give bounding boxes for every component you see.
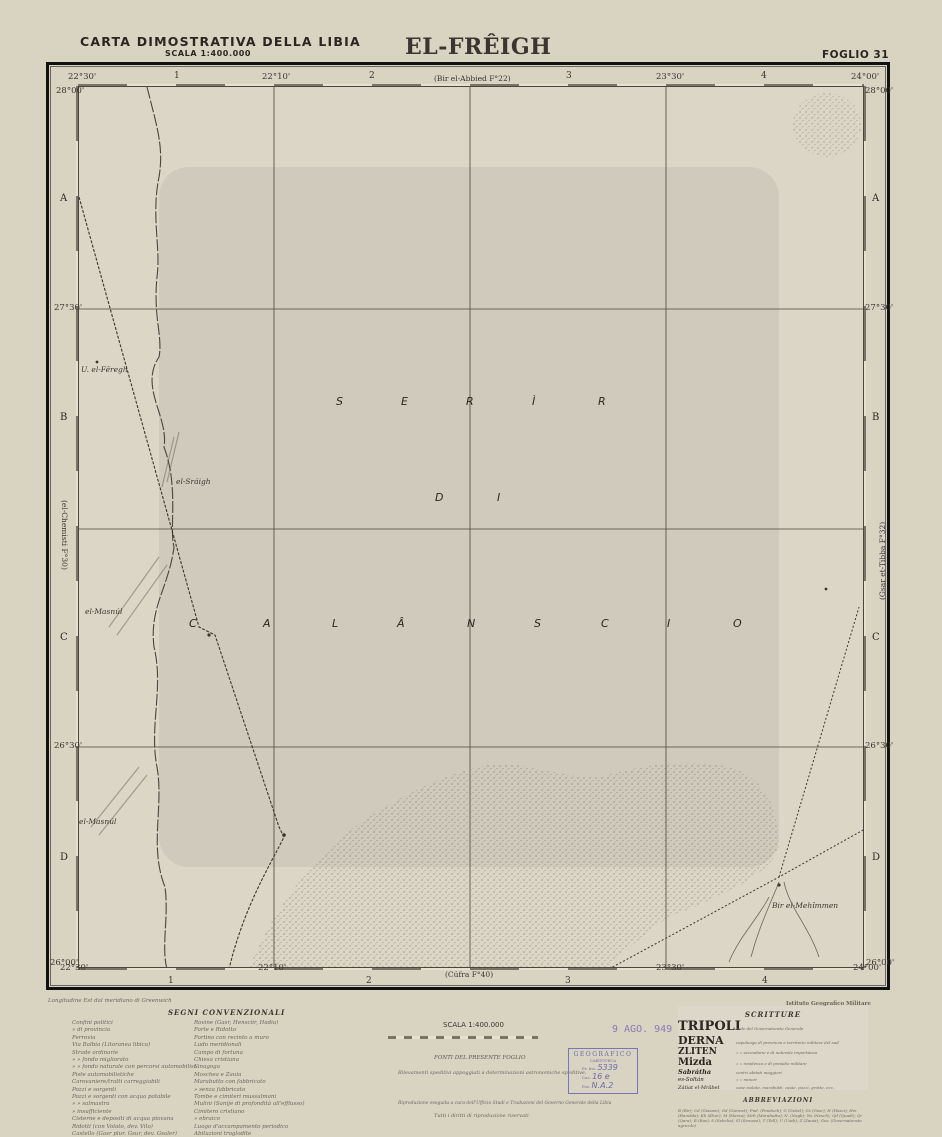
legend-item: Ludo meridionali bbox=[194, 1042, 354, 1049]
longitude-label: 23°30' bbox=[656, 963, 684, 973]
scritture-sample: es-Soltán bbox=[678, 1077, 736, 1083]
stamp-row: Cas. 16 e bbox=[569, 1072, 637, 1081]
legend-left-column: Confini politici » di provincia Ferrovia… bbox=[72, 1020, 202, 1137]
legend-item: Piste automobilistiche bbox=[72, 1072, 202, 1079]
grid-row-label: C bbox=[872, 632, 880, 643]
region-letter: D bbox=[435, 491, 443, 504]
scritture-row: es-Soltán» » minori bbox=[678, 1076, 868, 1083]
legend-item: Pozzi e sorgenti con acqua potabile bbox=[72, 1094, 202, 1101]
longitude-label: 23°30' bbox=[656, 72, 684, 82]
scritture-row: TRIPOLIsede del Governatorato Generale bbox=[678, 1019, 868, 1034]
legend-item: Fortino con recinto a muro bbox=[194, 1035, 354, 1042]
latitude-label: 28°00' bbox=[865, 86, 893, 96]
grid-column-label: 1 bbox=[168, 976, 174, 986]
legend-item: Campo di fortuna bbox=[194, 1050, 354, 1057]
adjacent-sheet-north[interactable]: (Bir el-Abbied F°22) bbox=[434, 74, 511, 83]
latitude-label: 26°00' bbox=[50, 958, 78, 968]
legend-item: Castello (Gasr plur. Gsur, dev. Gsaler) bbox=[72, 1131, 202, 1137]
scritture-row: ZLITEN» » secondarie e di notevole impor… bbox=[678, 1047, 868, 1057]
dune-field-northeast bbox=[793, 93, 861, 157]
map-graphics bbox=[79, 87, 864, 968]
archive-stamp: GEOGRAFICO CARTOTECA Pr. Ins. 5339 Cas. … bbox=[568, 1048, 638, 1094]
scritture-desc: » » residenza e di presidio militare bbox=[736, 1060, 807, 1067]
scritture-sample: TRIPOLI bbox=[678, 1019, 736, 1034]
scritture-sample: Sabrátha bbox=[678, 1068, 736, 1076]
stamp-row: Pr. Ins. 5339 bbox=[569, 1063, 637, 1072]
longitude-label: 22°30' bbox=[68, 72, 96, 82]
region-letter: R bbox=[598, 395, 606, 408]
longitude-note: Longitudine Est dal meridiano di Greenwi… bbox=[48, 998, 172, 1005]
rights-note: Tutti i diritti di riproduzione riservat… bbox=[434, 1113, 529, 1120]
latitude-label: 27°30' bbox=[54, 303, 82, 313]
region-letter: A bbox=[263, 617, 271, 630]
stamp-value: 5339 bbox=[597, 1063, 617, 1072]
latitude-label: 26°30' bbox=[865, 741, 893, 751]
legend-title: SEGNI CONVENZIONALI bbox=[168, 1008, 285, 1017]
map-series-title: CARTA DIMOSTRATIVA DELLA LIBIA bbox=[80, 34, 361, 49]
scritture-desc: » » secondarie e di notevole importanza bbox=[736, 1049, 817, 1056]
scritture-desc: case isolate, marabutti, zauie, pozzi, g… bbox=[736, 1084, 834, 1091]
date-stamp: 9 AGO. 949 bbox=[612, 1024, 672, 1035]
scritture-title: SCRITTURE bbox=[678, 1010, 868, 1019]
legend-item: » senza fabbricato bbox=[194, 1087, 354, 1094]
longitude-label: 22°10' bbox=[258, 963, 286, 973]
abbreviations-text: B (Bir); Cd (Giasam); Gd (Garmet); Fnd. … bbox=[678, 1108, 873, 1128]
legend-item: Forte e Ridotto bbox=[194, 1027, 354, 1034]
latitude-label: 27°30' bbox=[865, 303, 893, 313]
grid-row-label: A bbox=[60, 193, 67, 204]
legend-item: » di provincia bbox=[72, 1027, 202, 1034]
region-letter: R bbox=[466, 395, 474, 408]
region-letter: S bbox=[534, 617, 541, 630]
longitude-label: 24°00' bbox=[851, 72, 879, 82]
stamp-value: 16 e bbox=[592, 1072, 610, 1081]
grid-column-label: 4 bbox=[761, 71, 767, 81]
abbreviations-title: ABBREVIAZIONI bbox=[743, 1097, 813, 1104]
legend-item: Ridotti (con Volato, dev. Vilo) bbox=[72, 1124, 202, 1131]
legend-item: Abitazioni troglodite bbox=[194, 1131, 354, 1137]
scale-bar bbox=[388, 1036, 538, 1039]
legend-item: Marabutto con fabbricato bbox=[194, 1079, 354, 1086]
scritture-desc: centri abitati maggiori bbox=[736, 1069, 782, 1076]
grid-column-label: 1 bbox=[174, 71, 180, 81]
scritture-desc: sede del Governatorato Generale bbox=[736, 1025, 803, 1032]
grid-row-label: D bbox=[60, 852, 68, 863]
latitude-label: 26°00' bbox=[866, 958, 894, 968]
sources-text: Rilevamenti speditivi appoggiati a deter… bbox=[398, 1070, 586, 1077]
latitude-label: 28°00' bbox=[56, 86, 84, 96]
region-letter: I bbox=[497, 491, 500, 504]
region-letter: L bbox=[332, 617, 338, 630]
stamp-label: Cas. bbox=[582, 1075, 591, 1080]
region-letter: Â bbox=[397, 617, 405, 630]
legend-item: » » salmastra bbox=[72, 1101, 202, 1108]
legend-item: Mulini (Sanije di profondità all'effluss… bbox=[194, 1101, 354, 1108]
region-letter: S bbox=[336, 395, 343, 408]
legend-right-column: Rovine (Gasr, Hensciir, Hadia) Forte e R… bbox=[194, 1020, 354, 1137]
grid-row-label: A bbox=[872, 193, 879, 204]
legend-item: » » fondo naturale con percorsi automobi… bbox=[72, 1064, 202, 1071]
grid-row-label: B bbox=[872, 412, 879, 423]
region-letter: C bbox=[601, 617, 609, 630]
legend-item: Luogo d'accampamento periodico bbox=[194, 1124, 354, 1131]
legend-item: » insufficiente bbox=[72, 1109, 202, 1116]
legend-item: Cimitero cristiano bbox=[194, 1109, 354, 1116]
map-sheet-title: EL-FRÊIGH bbox=[405, 34, 551, 60]
legend-item: » » fondo migliorato bbox=[72, 1057, 202, 1064]
latitude-label: 26°30' bbox=[54, 741, 82, 751]
stamp-row: Pos. N.A.2 bbox=[569, 1081, 637, 1090]
scritture-row: Zátiat el-Mrâbetcase isolate, marabutti,… bbox=[678, 1084, 868, 1091]
wadi-branches bbox=[729, 882, 819, 962]
reproduction-note: Riproduzione eseguita a cura dell'Uffici… bbox=[398, 1100, 611, 1107]
scritture-row: Sabráthacentri abitati maggiori bbox=[678, 1068, 868, 1076]
sheet-number: FOGLIO 31 bbox=[822, 49, 889, 61]
scritture-desc: capoluogo di provincia e territorio mili… bbox=[736, 1039, 839, 1046]
watermark bbox=[159, 167, 779, 867]
map-scale: SCALA 1:400.000 bbox=[165, 49, 251, 58]
grid-row-label: D bbox=[872, 852, 880, 863]
legend-item: Confini politici bbox=[72, 1020, 202, 1027]
scritture-sample: DERNA bbox=[678, 1034, 736, 1047]
place-label[interactable]: el-Masnúl bbox=[79, 817, 116, 826]
grid-column-label: 3 bbox=[565, 976, 571, 986]
scritture-row: DERNAcapoluogo di provincia e territorio… bbox=[678, 1034, 868, 1047]
legend-item: Cisterne e depositi di acqua piovana bbox=[72, 1116, 202, 1123]
legend-item: Sinagoga bbox=[194, 1064, 354, 1071]
legend-item: Moschea e Zauia bbox=[194, 1072, 354, 1079]
adjacent-sheet-west[interactable]: (el-Chemisti F°30) bbox=[60, 500, 69, 570]
longitude-label: 22°10' bbox=[262, 72, 290, 82]
grid-column-label: 2 bbox=[366, 976, 372, 986]
scritture-panel: SCRITTURE TRIPOLIsede del Governatorato … bbox=[678, 1006, 868, 1090]
stamp-title: GEOGRAFICO bbox=[569, 1051, 637, 1058]
adjacent-sheet-south[interactable]: (Cúfra F°40) bbox=[445, 970, 493, 979]
grid-column-label: 3 bbox=[566, 71, 572, 81]
legend-item: » ebraico bbox=[194, 1116, 354, 1123]
place-label[interactable]: el-Masnúl bbox=[85, 607, 122, 616]
scritture-sample: Zátiat el-Mrâbet bbox=[678, 1085, 736, 1091]
track-northeast bbox=[779, 607, 859, 877]
place-label[interactable]: Bir el-Mehîmmen bbox=[772, 901, 838, 910]
grid-column-label: 4 bbox=[762, 976, 768, 986]
grid-row-label: C bbox=[60, 632, 68, 643]
map-area[interactable]: S E R Ì R D I C A L Â N S C I O U. el-Fê… bbox=[78, 86, 864, 968]
legend-item: Via Balbia (Litoranea libica) bbox=[72, 1042, 202, 1049]
adjacent-sheet-east[interactable]: (Gsar et-Tibba F°32) bbox=[878, 522, 887, 600]
grid-row-label: B bbox=[60, 412, 67, 423]
region-letter: C bbox=[189, 617, 197, 630]
region-letter: N bbox=[467, 617, 475, 630]
scritture-sample: ZLITEN bbox=[678, 1047, 736, 1057]
sources-title: FONTI DEL PRESENTE FOGLIO bbox=[434, 1055, 526, 1061]
legend-item: Pozzi e sorgenti bbox=[72, 1087, 202, 1094]
place-label[interactable]: el-Sráigh bbox=[176, 477, 211, 486]
region-letter: I bbox=[667, 617, 670, 630]
legend-item: Strade ordinarie bbox=[72, 1050, 202, 1057]
grid-column-label: 2 bbox=[369, 71, 375, 81]
stamp-label: Pr. Ins. bbox=[582, 1066, 596, 1071]
region-letter: E bbox=[401, 395, 408, 408]
region-letter: Ì bbox=[532, 395, 535, 408]
legend-item: Carovaniere/tratti carreggiabili bbox=[72, 1079, 202, 1086]
legend-item: Chiesa cristiana bbox=[194, 1057, 354, 1064]
scritture-row: Mizda» » residenza e di presidio militar… bbox=[678, 1057, 868, 1068]
place-label[interactable]: U. el-Fêregh bbox=[81, 365, 128, 374]
region-letter: O bbox=[733, 617, 742, 630]
scritture-sample: Mizda bbox=[678, 1057, 736, 1068]
stamp-label: Pos. bbox=[582, 1084, 590, 1089]
legend-item: Rovine (Gasr, Hensciir, Hadia) bbox=[194, 1020, 354, 1027]
stamp-value: N.A.2 bbox=[592, 1081, 614, 1090]
scale-bar-label: SCALA 1:400.000 bbox=[443, 1021, 504, 1029]
scritture-desc: » » minori bbox=[736, 1076, 757, 1083]
